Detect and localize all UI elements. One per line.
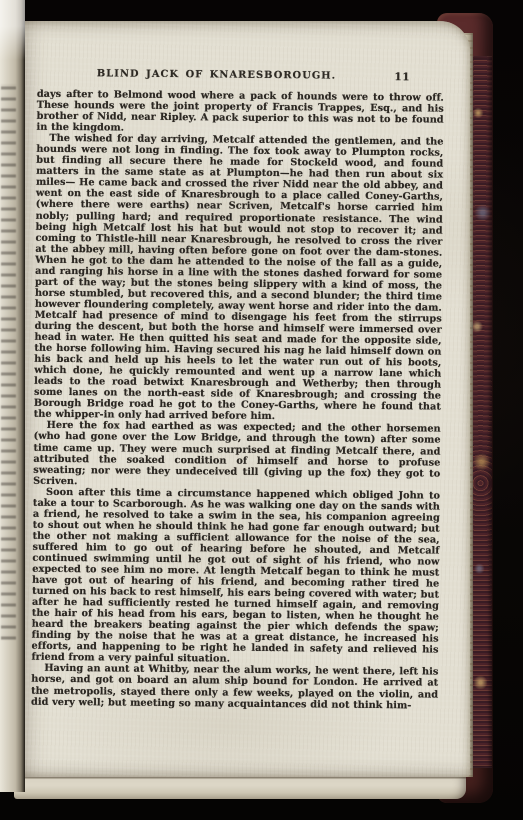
book-photo: BLIND JACK OF KNARESBOROUGH. 11 days aft…	[0, 0, 523, 820]
paragraph-2: The wished for day arriving, Metcalf att…	[34, 133, 444, 424]
page-content: BLIND JACK OF KNARESBOROUGH. 11 days aft…	[31, 21, 445, 711]
running-header-title: BLIND JACK OF KNARESBOROUGH.	[16, 67, 420, 82]
paragraph-3: Here the fox had earthed as was expected…	[33, 420, 441, 490]
paragraph-1: days after to Belmond wood where a pack …	[37, 89, 444, 137]
book-page: BLIND JACK OF KNARESBOROUGH. 11 days aft…	[16, 21, 470, 777]
page-stack-edge	[14, 777, 466, 799]
paragraph-4: Soon after this time a circumstance happ…	[31, 486, 440, 667]
running-header: BLIND JACK OF KNARESBOROUGH. 11	[37, 68, 444, 86]
paragraph-5: Having an aunt at Whitby, near the alum …	[31, 663, 438, 711]
page-text: days after to Belmond wood where a pack …	[31, 89, 444, 712]
page-number: 11	[394, 71, 410, 83]
facing-page-showthrough-text	[1, 84, 16, 640]
facing-page-edge	[0, 0, 25, 792]
